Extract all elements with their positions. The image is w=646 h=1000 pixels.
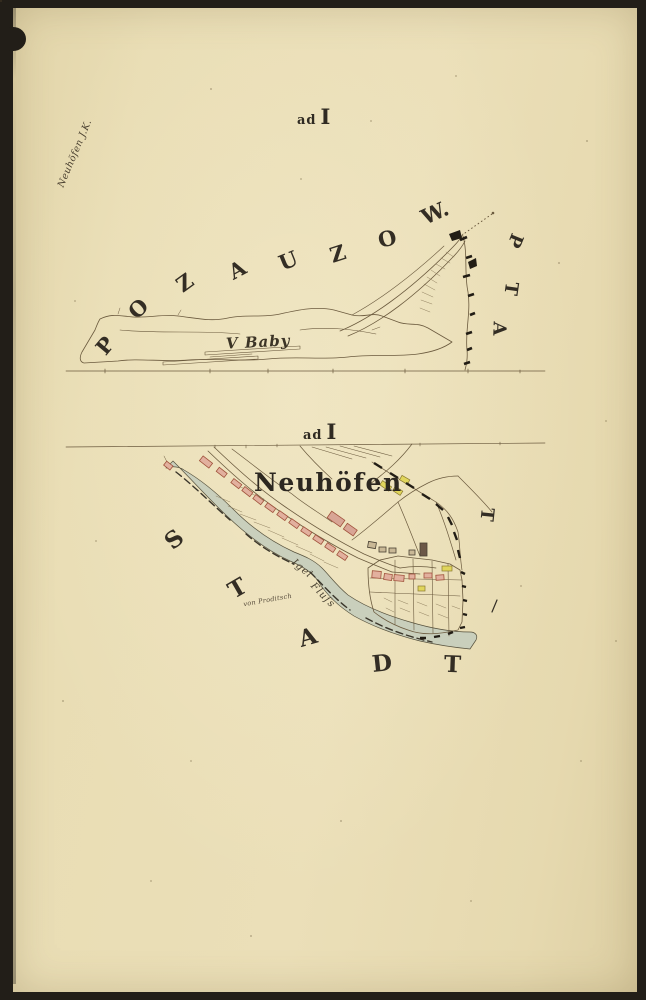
- map-top-drawing: [60, 185, 555, 385]
- buildings-dark: [368, 541, 427, 556]
- paper-edge-shadow: [10, 0, 16, 984]
- heading-ad-1: adI: [297, 104, 330, 129]
- map-top-boundary-dashes: [449, 230, 477, 364]
- heading-ad-1-numeral: I: [321, 104, 331, 129]
- town-title: Neuhöfen: [254, 468, 403, 497]
- arc-letter-stadt-5: T: [444, 651, 462, 679]
- arc-letter-stadt-4: D: [371, 649, 394, 678]
- paper-speckles: [0, 0, 2, 2]
- map-top-linework: [66, 212, 545, 373]
- heading-ad-1-prefix: ad: [297, 113, 317, 128]
- place-label-vbaby: V Baby: [226, 331, 291, 352]
- scanned-map-sheet: Neuhöfen J.K. adI P O Z A U Z O W. P T A: [0, 0, 646, 1000]
- edge-letter-t: T: [476, 507, 498, 523]
